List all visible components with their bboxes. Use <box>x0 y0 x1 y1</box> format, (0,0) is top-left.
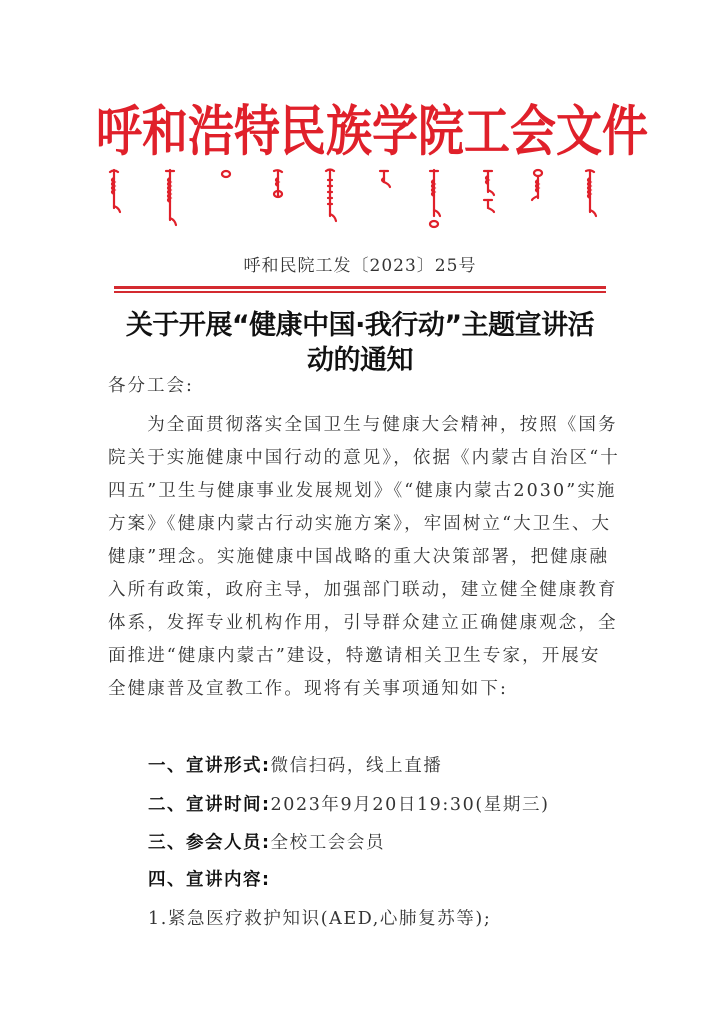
masthead-char: 浩 <box>188 92 234 170</box>
masthead-char: 件 <box>602 92 648 170</box>
masthead-char: 族 <box>326 92 372 170</box>
mongolian-word-glyph <box>426 168 442 230</box>
paragraph-line: 全健康普及宣教工作。现将有关事项通知如下: <box>108 673 618 706</box>
masthead-char: 民 <box>280 92 326 170</box>
item-time: 二、宣讲时间:2023年9月20日19:30(星期三) <box>148 791 550 816</box>
item-value: 1.紧急医疗救护知识(AED,心肺复苏等); <box>148 909 491 929</box>
item-attendees: 三、参会人员:全校工会会员 <box>148 829 385 854</box>
mongolian-word-glyph <box>106 168 122 216</box>
red-header-rule <box>114 286 606 294</box>
masthead-char: 会 <box>510 92 556 170</box>
mongolian-word-glyph <box>582 168 598 220</box>
mongolian-word-glyph <box>162 168 178 228</box>
document-title-line-1: 关于开展“健康中国·我行动”主题宣讲活 <box>100 303 620 342</box>
paragraph-line: 健康”理念。实施健康中国战略的重大决策部署，把健康融 <box>108 541 618 574</box>
mongolian-word-glyph <box>218 168 234 182</box>
masthead-char: 文 <box>556 92 602 170</box>
mongolian-script-title <box>100 168 620 248</box>
item-content-heading: 四、宣讲内容: <box>148 866 271 891</box>
body-paragraph: 为全面贯彻落实全国卫生与健康大会精神，按照《国务 院关于实施健康中国行动的意见》… <box>108 409 618 706</box>
paragraph-line: 入所有政策，政府主导，加强部门联动，建立健全健康教育 <box>108 574 618 607</box>
item-label: 二、宣讲时间: <box>148 795 271 815</box>
paragraph-line: 为全面贯彻落实全国卫生与健康大会精神，按照《国务 <box>108 409 618 442</box>
item-value: 全校工会会员 <box>271 833 386 853</box>
paragraph-line: 方案》《健康内蒙古行动实施方案》，牢固树立“大卫生、大 <box>108 508 618 541</box>
masthead-char: 院 <box>418 92 464 170</box>
masthead-char: 工 <box>464 92 510 170</box>
item-label: 四、宣讲内容: <box>148 870 271 890</box>
item-format: 一、宣讲形式:微信扫码，线上直播 <box>148 752 442 777</box>
mongolian-word-glyph <box>270 168 286 202</box>
document-number: 呼和民院工发〔2023〕25号 <box>0 251 720 276</box>
masthead-char: 呼 <box>96 92 142 170</box>
rule-thin-line <box>114 291 606 293</box>
masthead-char: 特 <box>234 92 280 170</box>
masthead-char: 学 <box>372 92 418 170</box>
paragraph-line: 四五”卫生与健康事业发展规划》《“健康内蒙古2030”实施 <box>108 475 618 508</box>
salutation: 各分工会: <box>108 370 618 403</box>
mongolian-word-glyph <box>376 168 392 190</box>
paragraph-line: 院关于实施健康中国行动的意见》，依据《内蒙古自治区“十 <box>108 442 618 475</box>
rule-thick-line <box>114 286 606 289</box>
mongolian-word-glyph <box>530 168 546 204</box>
paragraph-line: 面推进“健康内蒙古”建设，特邀请相关卫生专家，开展安 <box>108 640 618 673</box>
item-label: 三、参会人员: <box>148 833 271 853</box>
document-page: 呼 和 浩 特 民 族 学 院 工 会 文 件 <box>0 0 720 1018</box>
item-content-1: 1.紧急医疗救护知识(AED,心肺复苏等); <box>148 905 491 930</box>
masthead-char: 和 <box>142 92 188 170</box>
mongolian-word-glyph <box>322 168 338 224</box>
item-value: 微信扫码，线上直播 <box>271 756 443 776</box>
paragraph-line: 体系，发挥专业机构作用，引导群众建立正确健康观念，全 <box>108 607 618 640</box>
mongolian-word-glyph <box>480 168 496 214</box>
item-label: 一、宣讲形式: <box>148 756 271 776</box>
masthead-title: 呼 和 浩 特 民 族 学 院 工 会 文 件 <box>96 98 624 164</box>
item-value: 2023年9月20日19:30(星期三) <box>271 795 550 815</box>
